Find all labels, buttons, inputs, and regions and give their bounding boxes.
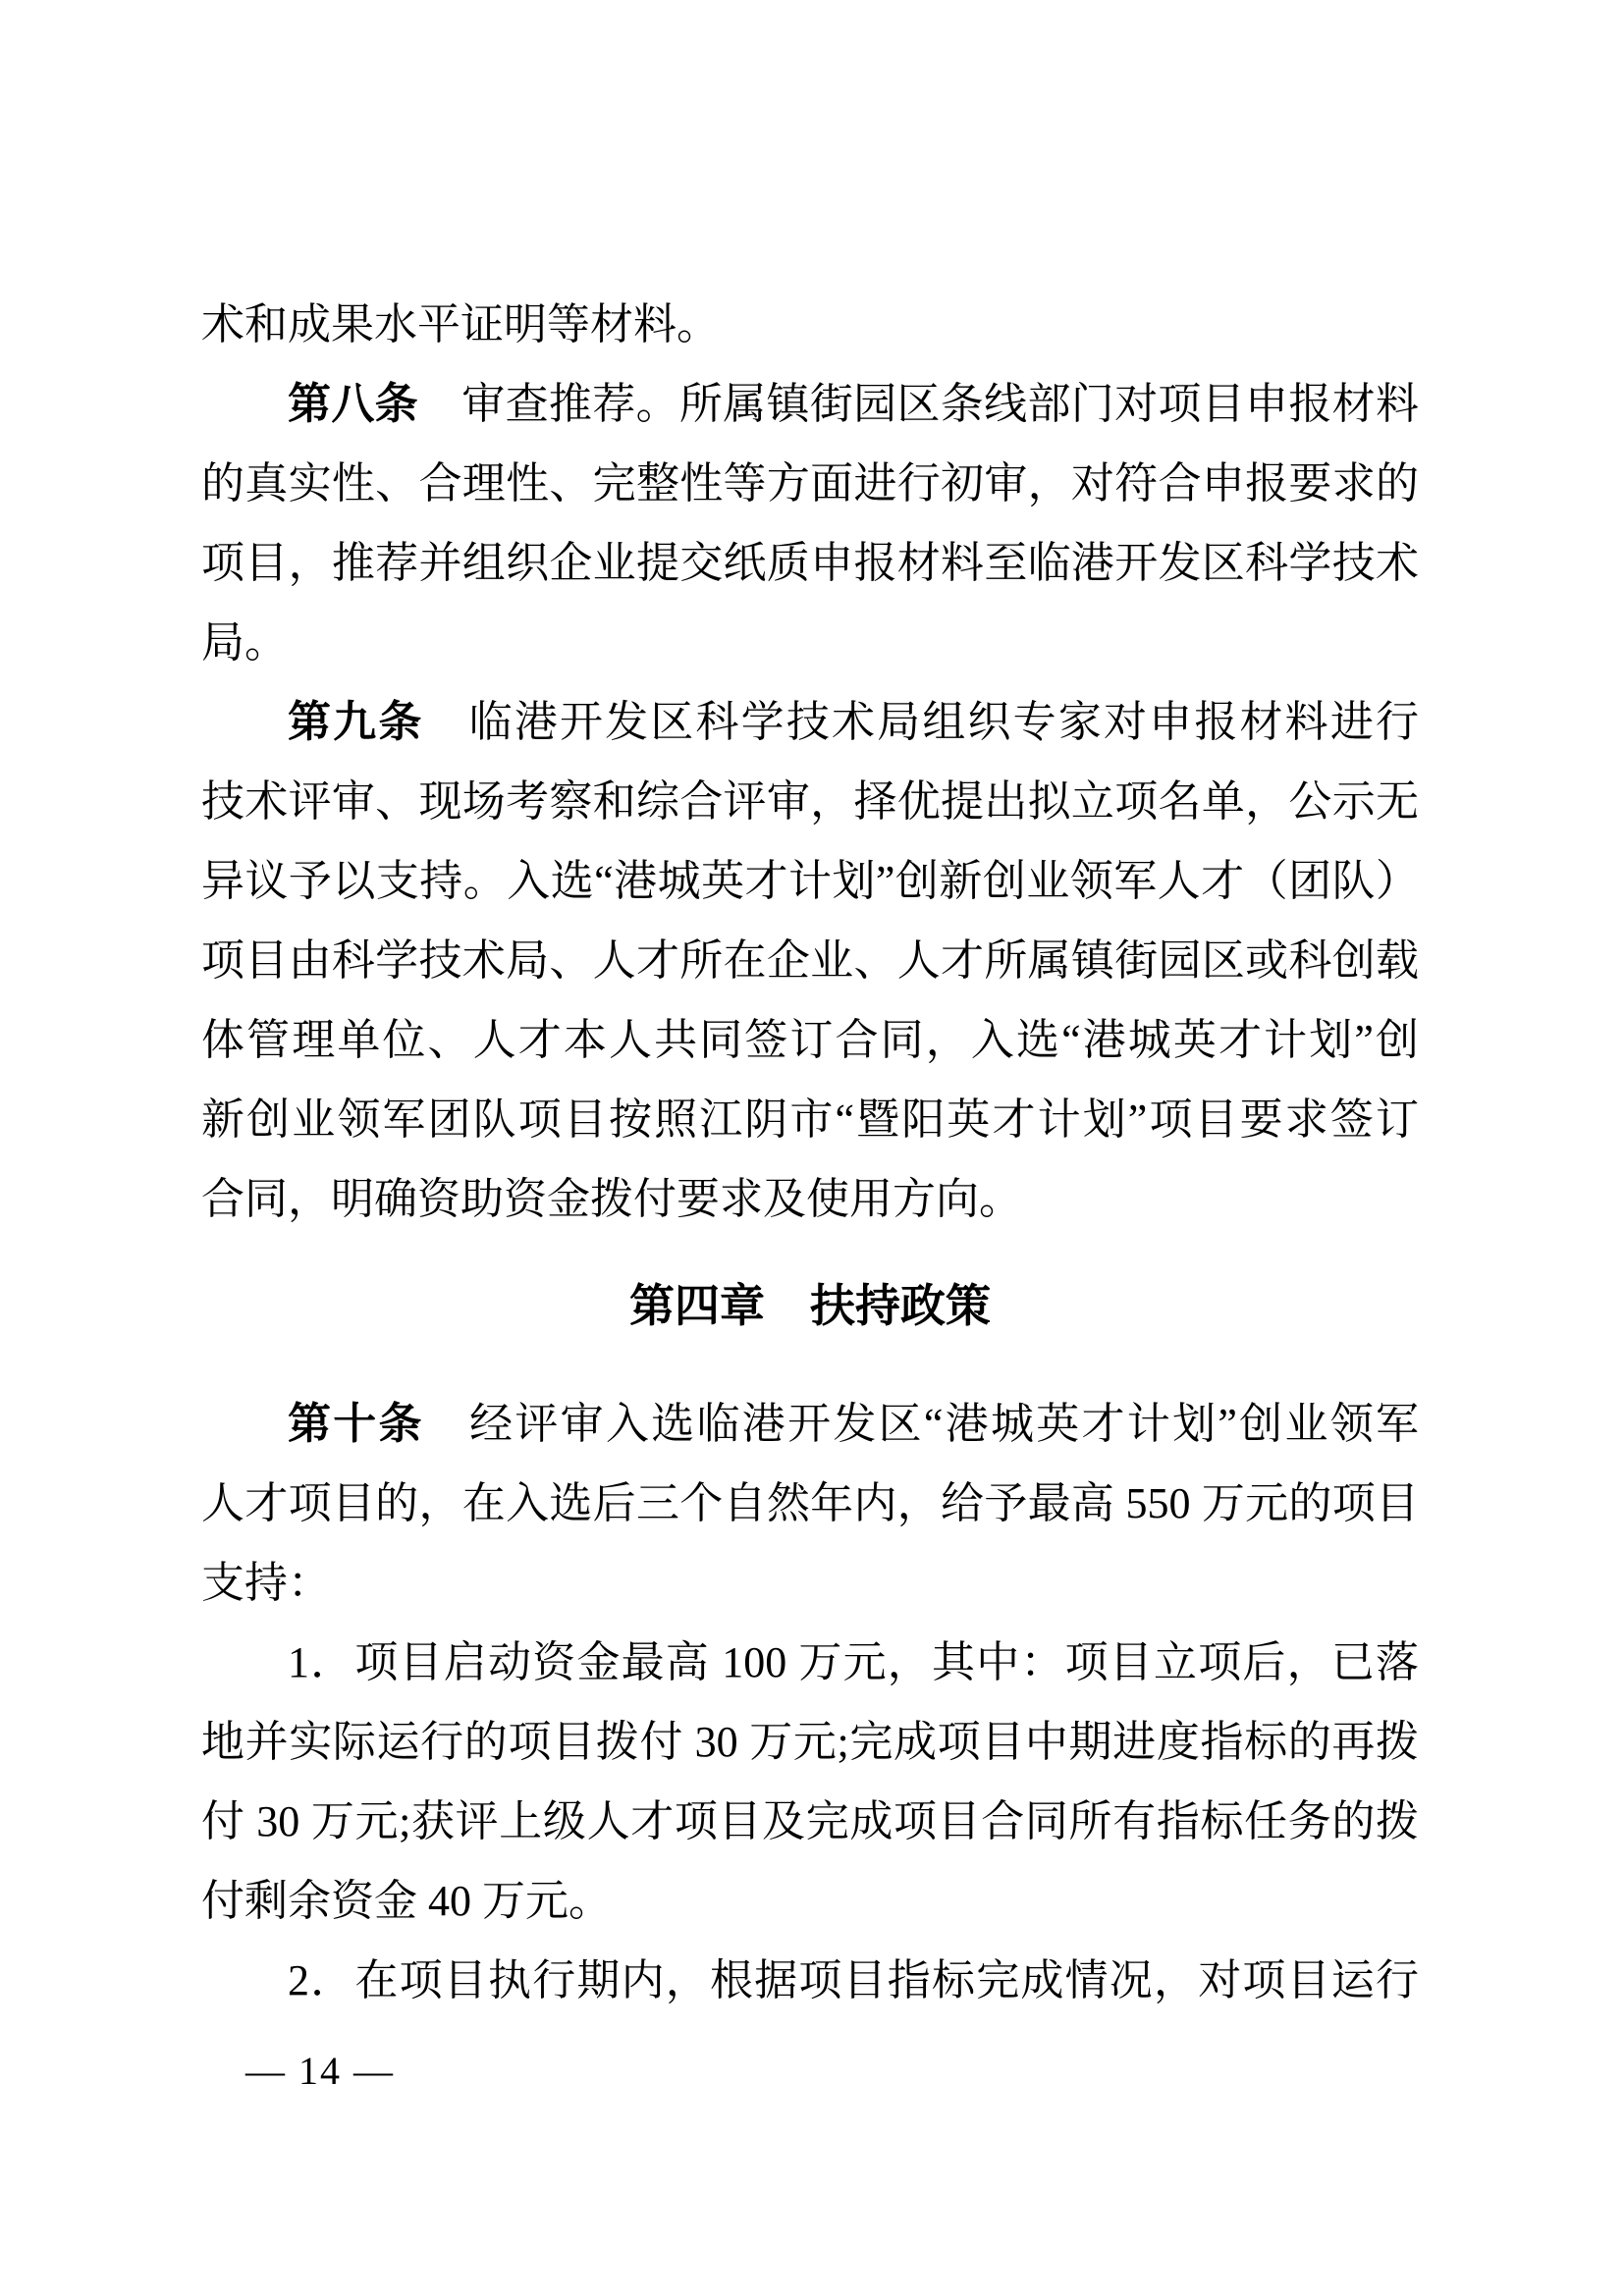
body-text: 付 30 万元;获评上级人才项目及完成项目合同所有指标任务的拨 bbox=[201, 1797, 1419, 1845]
body-text: 经评审入选临港开发区“港城英才计划”创业领军 bbox=[424, 1400, 1419, 1448]
text-line: 合同，明确资助资金拨付要求及使用方向。 bbox=[201, 1159, 1419, 1239]
bold-lead-text: 第四章 扶持政策 bbox=[629, 1280, 991, 1331]
text-line: 第九条 临港开发区科学技术局组织专家对申报材料进行 bbox=[201, 682, 1419, 762]
text-line: 的真实性、合理性、完整性等方面进行初审，对符合申报要求的 bbox=[201, 444, 1419, 523]
body-text: 术和成果水平证明等材料。 bbox=[201, 300, 720, 348]
text-line: 项目，推荐并组织企业提交纸质申报材料至临港开发区科学技术 bbox=[201, 523, 1419, 603]
page-footer: — 14 — bbox=[245, 2048, 395, 2095]
body-text: 项目由科学技术局、人才所在企业、人才所属镇街园区或科创载 bbox=[201, 936, 1419, 985]
text-line: 人才项目的，在入选后三个自然年内，给予最高 550 万元的项目 bbox=[201, 1464, 1419, 1543]
text-line: 体管理单位、人才本人共同签订合同，入选“港城英才计划”创 bbox=[201, 1000, 1419, 1080]
body-text: 异议予以支持。入选“港城英才计划”创新创业领军人才（团队） bbox=[201, 857, 1419, 905]
document-page: 术和成果水平证明等材料。第八条 审查推荐。所属镇街园区条线部门对项目申报材料的真… bbox=[0, 0, 1624, 2296]
bold-lead-text: 第十条 bbox=[288, 1400, 424, 1448]
body-text: 临港开发区科学技术局组织专家对申报材料进行 bbox=[424, 698, 1420, 746]
text-line: 新创业领军团队项目按照江阴市“暨阳英才计划”项目要求签订 bbox=[201, 1080, 1419, 1159]
bold-lead-text: 第九条 bbox=[288, 698, 424, 746]
text-line: 技术评审、现场考察和综合评审，择优提出拟立项名单，公示无 bbox=[201, 762, 1419, 841]
text-line: 项目由科学技术局、人才所在企业、人才所属镇街园区或科创载 bbox=[201, 921, 1419, 1000]
body-text: 2．在项目执行期内，根据项目指标完成情况，对项目运行 bbox=[288, 1956, 1419, 2004]
text-line: 支持： bbox=[201, 1543, 1419, 1623]
body-text: 新创业领军团队项目按照江阴市“暨阳英才计划”项目要求签订 bbox=[201, 1095, 1419, 1144]
body-text: 的真实性、合理性、完整性等方面进行初审，对符合申报要求的 bbox=[201, 459, 1419, 507]
text-line: 第十条 经评审入选临港开发区“港城英才计划”创业领军 bbox=[201, 1384, 1419, 1464]
body-text: 技术评审、现场考察和综合评审，择优提出拟立项名单，公示无 bbox=[201, 777, 1419, 826]
page-number: — 14 — bbox=[245, 2049, 395, 2093]
body-text: 人才项目的，在入选后三个自然年内，给予最高 550 万元的项目 bbox=[201, 1479, 1419, 1527]
text-line: 1．项目启动资金最高 100 万元，其中：项目立项后，已落 bbox=[201, 1623, 1419, 1702]
body-text: 项目，推荐并组织企业提交纸质申报材料至临港开发区科学技术 bbox=[201, 539, 1419, 587]
body-text: 地并实际运行的项目拨付 30 万元;完成项目中期进度指标的再拨 bbox=[201, 1718, 1419, 1766]
body-text: 1．项目启动资金最高 100 万元，其中：项目立项后，已落 bbox=[288, 1638, 1419, 1686]
body-text: 支持： bbox=[201, 1559, 331, 1607]
bold-lead-text: 第八条 bbox=[288, 380, 418, 428]
text-line: 第八条 审查推荐。所属镇街园区条线部门对项目申报材料 bbox=[201, 364, 1419, 444]
body-text: 局。 bbox=[201, 618, 288, 667]
text-line: 2．在项目执行期内，根据项目指标完成情况，对项目运行 bbox=[201, 1941, 1419, 2020]
text-line: 异议予以支持。入选“港城英才计划”创新创业领军人才（团队） bbox=[201, 841, 1419, 921]
text-line: 付 30 万元;获评上级人才项目及完成项目合同所有指标任务的拨 bbox=[201, 1782, 1419, 1861]
body-text: 合同，明确资助资金拨付要求及使用方向。 bbox=[201, 1175, 1022, 1223]
body-text: 审查推荐。所属镇街园区条线部门对项目申报材料 bbox=[418, 380, 1419, 428]
text-line: 术和成果水平证明等材料。 bbox=[201, 285, 1419, 364]
text-line: 地并实际运行的项目拨付 30 万元;完成项目中期进度指标的再拨 bbox=[201, 1702, 1419, 1782]
chapter-heading: 第四章 扶持政策 bbox=[201, 1266, 1419, 1346]
text-line: 付剩余资金 40 万元。 bbox=[201, 1861, 1419, 1941]
document-body: 术和成果水平证明等材料。第八条 审查推荐。所属镇街园区条线部门对项目申报材料的真… bbox=[201, 285, 1419, 2020]
text-line: 局。 bbox=[201, 603, 1419, 682]
body-text: 付剩余资金 40 万元。 bbox=[201, 1877, 612, 1925]
body-text: 体管理单位、人才本人共同签订合同，入选“港城英才计划”创 bbox=[201, 1016, 1419, 1064]
